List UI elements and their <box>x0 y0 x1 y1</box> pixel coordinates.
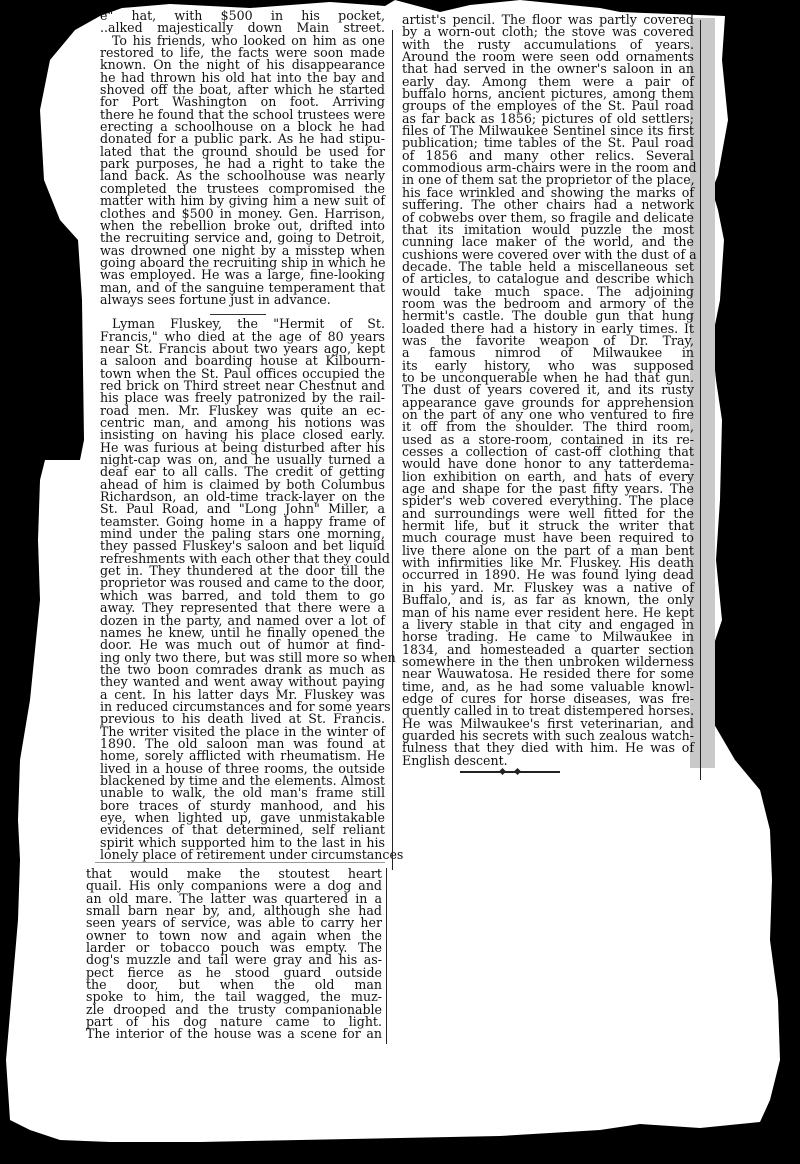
left-column-bottom: that would make the stoutest heartquail.… <box>86 868 382 1041</box>
text-line: always sees fortune just in advance. <box>100 294 385 306</box>
left-column-top: e" hat, with $500 in his pocket,..alked … <box>100 10 385 861</box>
right-column: artist's pencil. The floor was partly co… <box>402 14 694 767</box>
paragraph-harrison: To his friends, who looked on him as one… <box>100 35 385 307</box>
column-rule-right <box>700 20 701 780</box>
text-line: lonely place of retirement under circums… <box>100 849 385 861</box>
text-line: English descent. <box>402 755 694 767</box>
column-rule-bottom <box>386 868 387 1044</box>
column-rule <box>392 30 393 870</box>
text-line: The interior of the house was a scene fo… <box>86 1028 382 1040</box>
paragraph-interior: artist's pencil. The floor was partly co… <box>402 14 694 767</box>
paragraph-companions: that would make the stoutest heartquail.… <box>86 868 382 1041</box>
paragraph-hat-ending: e" hat, with $500 in his pocket,..alked … <box>100 10 385 35</box>
clipping-seam <box>95 862 385 863</box>
end-ornament <box>460 771 560 773</box>
article-separator <box>210 314 266 315</box>
paragraph-fluskey: Lyman Fluskey, the "Hermit of St.Francis… <box>100 318 385 861</box>
